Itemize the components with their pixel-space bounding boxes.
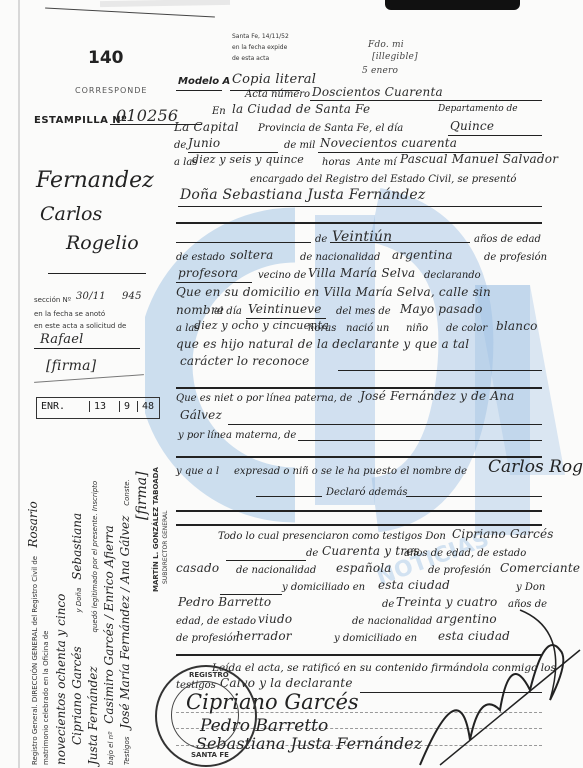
margin-note-line2: en la fecha se anotó <box>34 310 105 318</box>
vertical-conste: Conste. <box>123 479 131 506</box>
page-number: 140 <box>88 48 124 68</box>
testigo1-nac-label: de nacionalidad <box>236 565 316 576</box>
nombre-label-pre: y que a l <box>176 466 219 477</box>
document-page: NOTICIAS 140 CORRESPONDE Modelo A Copia … <box>0 0 583 768</box>
nieto-paterna-value2: Gálvez <box>180 408 222 422</box>
page-edge <box>18 0 20 768</box>
official-stamp-title: SUBDIRECTOR GENERAL <box>162 511 169 584</box>
departamento-label: Departamento de <box>438 104 518 114</box>
nacionalidad-label: de nacionalidad <box>300 252 380 263</box>
official-stamp-name: MARTÍN L. GONZÁLEZ TABOADA <box>152 467 160 592</box>
testigo2-edad-prefix: de <box>382 599 394 610</box>
enr-year: 48 <box>137 401 154 412</box>
color-value: blanco <box>496 319 538 333</box>
testigo2-edad-label2: edad, de estado <box>176 616 256 627</box>
margin-signature: [firma] <box>46 358 96 374</box>
vertical-line3b-hand: Sebastiana <box>70 513 84 580</box>
vecino-label: vecino de <box>258 270 306 281</box>
declaracion-line1: Que en su domicilio en Villa María Selva… <box>176 285 491 299</box>
anio-label: de mil <box>284 140 315 151</box>
departamento-value: La Capital <box>174 120 239 134</box>
paper-strip <box>100 0 230 7</box>
seal-top-text: REGISTRO <box>189 671 229 679</box>
vertical-line2: matrimonio celebrado en la Oficina de <box>42 631 50 765</box>
vertical-line6: Testigos José María Fernández / Ana Gálv… <box>118 479 132 765</box>
top-note-1: Santa Fe, 14/11/52 <box>232 33 289 40</box>
en-label: En <box>212 106 226 117</box>
margin-note-year: 945 <box>122 291 142 302</box>
vertical-line4: Justa Fernández quedó legitimado por el … <box>86 481 100 765</box>
nombre-label-mid: expresad o niñ o se le ha puesto el nomb… <box>234 466 467 477</box>
acta-numero-value: Doscientos Cuarenta <box>312 85 443 99</box>
vertical-signature: [firma] <box>134 471 150 520</box>
mes-prefix: de <box>174 140 186 151</box>
vertical-line2-hand: novecientos ochenta y cinco <box>54 594 68 765</box>
hora-value: diez y seis y quince <box>192 153 304 166</box>
modelo-value: Copia literal <box>232 72 316 87</box>
estado-value: soltera <box>230 248 273 262</box>
hora-nac-label: horas <box>308 323 336 334</box>
hora-label: horas <box>322 157 350 168</box>
testigo2-prof-label: de profesión <box>176 633 239 644</box>
nieto-paterna-value: José Fernández y de Ana <box>360 389 515 403</box>
compareciente-value: Doña Sebastiana Justa Fernández <box>180 187 425 203</box>
nombre-value: Carlos Rogelio <box>488 457 583 477</box>
testigo1-dom-label: y domiciliado en <box>282 582 365 593</box>
edad-prefix: de <box>315 234 327 245</box>
testigo2-name: Pedro Barretto <box>178 595 271 609</box>
registry-seal: REGISTRO SANTA FE <box>155 665 257 767</box>
enr-day: 13 <box>89 401 106 412</box>
enr-stamp: ENR. 13 9 48 <box>36 397 160 419</box>
margin-note-value: 30/11 <box>76 291 106 302</box>
hijo-line: que es hijo natural de la declarante y q… <box>176 337 469 351</box>
acta-numero-label: Acta número <box>245 89 310 100</box>
corresponde-label: CORRESPONDE <box>75 86 147 95</box>
testigo1-prof-label: de profesión <box>428 565 491 576</box>
testigo1-name: Cipriano Garcés <box>452 527 554 541</box>
mes-nac-value: Mayo pasado <box>400 302 483 316</box>
corner-note-3: 5 enero <box>362 66 398 76</box>
anio-value: Novecientos cuarenta <box>320 136 457 150</box>
nacionalidad-value: argentina <box>392 248 453 262</box>
testigos-intro: Todo lo cual presenciaron como testigos … <box>218 531 446 542</box>
encargado-label: encargado del Registro del Estado Civil,… <box>250 174 516 185</box>
ante-label: Ante mí <box>357 157 396 168</box>
corner-note-2: [illegible] <box>372 52 418 62</box>
vertical-line3-hand: Cipriano Garcés <box>70 646 84 745</box>
official-signature <box>400 590 583 768</box>
vertical-line1-hand: Rosario <box>26 501 40 547</box>
profesion-value: profesora <box>178 266 238 280</box>
vertical-line1: Registro General. DIRECCIÓN GENERAL del … <box>26 501 40 765</box>
estado-label: de estado <box>176 252 225 263</box>
vertical-line6-print: Testigos <box>123 737 131 765</box>
hijo-line2: carácter lo reconoce <box>180 354 309 368</box>
margin-note-line3: en este acta a solicitud de <box>34 322 126 330</box>
declaro-label: Declaró además <box>326 487 408 498</box>
en-value: la Ciudad de Santa Fe <box>232 102 370 116</box>
edad-label: años de edad <box>474 234 541 245</box>
testigo1-prof: Comerciante <box>500 561 580 575</box>
margin-note-hand: Rafael <box>40 332 83 347</box>
mes-nac-label: del mes de <box>336 306 391 317</box>
testigo2-estado: viudo <box>258 612 292 626</box>
mes-value: Junio <box>188 136 220 150</box>
vecino-value: Villa María Selva <box>308 266 415 280</box>
margin-note-label: sección Nº <box>34 296 71 304</box>
seal-bottom-text: SANTA FE <box>191 751 229 759</box>
vertical-line3b: y Doña <box>75 588 83 613</box>
dia-nac-label: el día <box>214 306 242 317</box>
enr-month: 9 <box>119 401 130 412</box>
testigo1-estado: casado <box>176 561 219 575</box>
vertical-line5-hand: Casimiro Garcés / Enrico Afierra <box>102 525 116 723</box>
enr-prefix: ENR. <box>41 401 65 412</box>
dia-value: Quince <box>450 119 494 133</box>
margin-given1: Carlos <box>40 203 102 225</box>
vertical-line4-hand: Justa Fernández <box>86 666 100 765</box>
margin-surname: Fernandez <box>36 168 154 193</box>
vertical-line5-print: bajo el nº <box>107 732 115 765</box>
top-note-3: de esta acta <box>232 55 269 62</box>
testigo1-nac: española <box>336 561 392 575</box>
corner-note-1: Fdo. mi <box>368 40 404 50</box>
testigo2-prof: herrador <box>236 629 292 643</box>
modelo-label: Modelo A <box>178 76 230 87</box>
testigo1-edad-prefix: de <box>306 548 318 559</box>
testigo1-edad-label: años de edad, de estado <box>404 548 526 559</box>
materna-label: y por línea materna, de <box>178 430 296 441</box>
vertical-line4b: quedó legitimado por el presente. Inscri… <box>91 481 99 633</box>
sexo-value: niño <box>406 323 428 334</box>
nieto-label: Que es niet o por línea paterna, de <box>176 393 352 404</box>
vertical-line5: bajo el nº Casimiro Garcés / Enrico Afie… <box>102 525 116 765</box>
vertical-line2-text: matrimonio celebrado en la Oficina de <box>42 631 50 765</box>
estampilla-value: 010256 <box>116 106 178 125</box>
provincia-label: Provincia de Santa Fe, el día <box>258 123 403 134</box>
top-line <box>45 8 215 18</box>
top-note-2: en la fecha expide <box>232 44 287 51</box>
dia-nac-value: Veintinueve <box>248 302 322 316</box>
scan-shadow <box>385 0 520 10</box>
vertical-line1-text: Registro General. DIRECCIÓN GENERAL del … <box>31 556 39 765</box>
color-label: de color <box>446 323 487 334</box>
vertical-line6-hand: José María Fernández / Ana Gálvez <box>118 516 132 729</box>
profesion-label: de profesión <box>484 252 547 263</box>
official-value: Pascual Manuel Salvador <box>400 152 558 166</box>
vertical-line3: Cipriano Garcés y Doña Sebastiana <box>70 513 84 745</box>
nacio-label: nació un <box>346 323 389 334</box>
declarando-label: declarando <box>424 270 481 281</box>
margin-given2: Rogelio <box>66 232 139 254</box>
